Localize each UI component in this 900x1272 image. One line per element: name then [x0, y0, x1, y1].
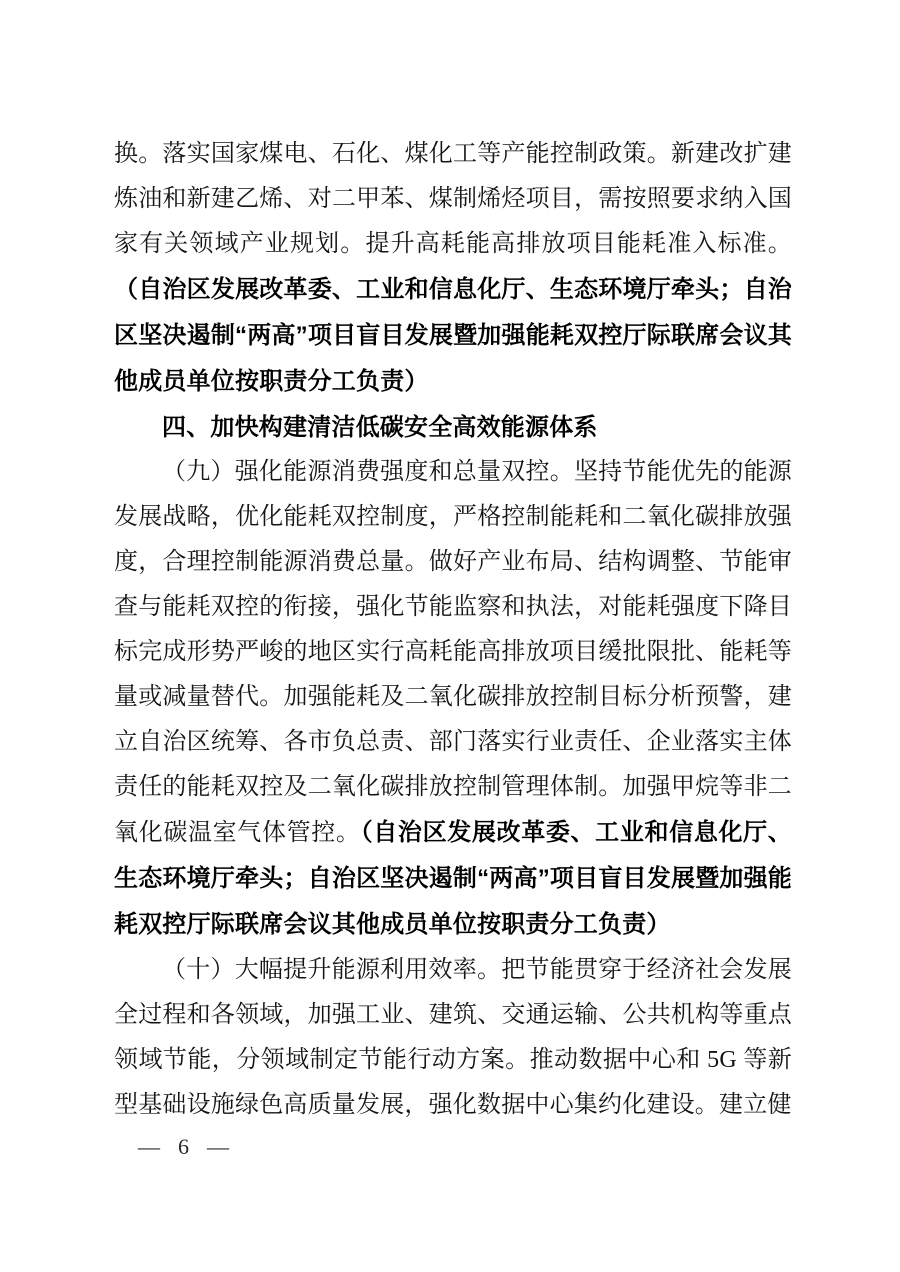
- paragraph-dual-control-text: （九）强化能源消费强度和总量双控。坚持节能优先的能源发展战略，优化能耗双控制度，…: [114, 459, 792, 846]
- document-body: 换。落实国家煤电、石化、煤化工等产能控制政策。新建改扩建炼油和新建乙烯、对二甲苯…: [114, 132, 792, 1128]
- page-footer: — 6 —: [138, 1134, 229, 1160]
- footer-dash-right: —: [207, 1134, 229, 1160]
- paragraph-energy-efficiency: （十）大幅提升能源利用效率。把节能贯穿于经济社会发展全过程和各领域，加强工业、建…: [114, 948, 792, 1128]
- footer-dash-left: —: [138, 1134, 160, 1160]
- paragraph-energy-efficiency-text: （十）大幅提升能源利用效率。把节能贯穿于经济社会发展全过程和各领域，加强工业、建…: [114, 957, 792, 1118]
- paragraph-capacity-control-text: 换。落实国家煤电、石化、煤化工等产能控制政策。新建改扩建炼油和新建乙烯、对二甲苯…: [114, 141, 792, 257]
- page-number: 6: [178, 1134, 189, 1160]
- paragraph-capacity-control: 换。落实国家煤电、石化、煤化工等产能控制政策。新建改扩建炼油和新建乙烯、对二甲苯…: [114, 132, 792, 405]
- document-page: 换。落实国家煤电、石化、煤化工等产能控制政策。新建改扩建炼油和新建乙烯、对二甲苯…: [0, 0, 900, 1272]
- section-heading-energy-system: 四、加快构建清洁低碳安全高效能源体系: [114, 405, 792, 450]
- responsibility-attribution-1: （自治区发展改革委、工业和信息化厅、生态环境厅牵头；自治区坚决遏制“两高”项目盲…: [114, 276, 792, 395]
- paragraph-dual-control: （九）强化能源消费强度和总量双控。坚持节能优先的能源发展战略，优化能耗双控制度，…: [114, 450, 792, 948]
